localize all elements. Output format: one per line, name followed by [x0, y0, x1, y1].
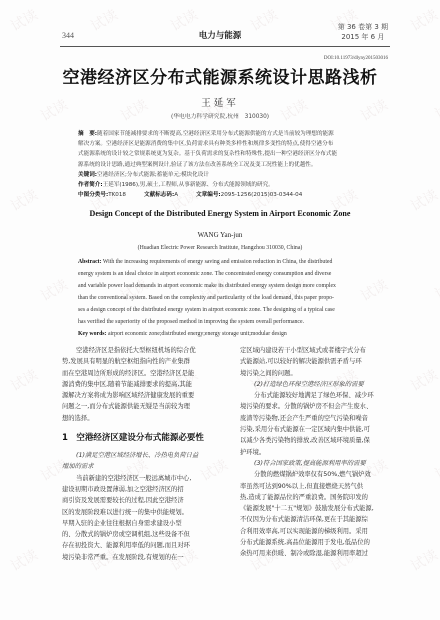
paragraph-line: 《能源发展"十二五"规划》鼓励发展分布式能源,	[240, 503, 390, 514]
paragraph-line: 空港经济区是指依托大型枢纽机场的综合优	[62, 345, 208, 356]
paragraph-line: 分布式能源系统,高品位能源用于发电,低品位的	[240, 537, 390, 548]
paragraph-line: 源解决方案将成为影响区域经济健康发展的重要	[62, 390, 208, 401]
paragraph-line: 率虽然可达到90%以上,但直接燃烧天然气供	[240, 481, 390, 492]
abstract-cn: 摘 要:随着国家节能减排要求的不断提高,空港经济区采用分布式能源供能的方式是当前…	[78, 129, 390, 200]
abstract-cn-line-1: 解决方案。空港经济区是能源消费的集中区,负荷需求具有种类多样性和规律多变性的特点…	[78, 139, 390, 149]
watermark-text: 试读	[431, 459, 440, 501]
abstract-en-line-2: and variable power load demands in airpo…	[78, 280, 390, 292]
body-column-left: 空港经济区是指依托大型枢纽机场的综合优势,发展具有明显的航空枢纽指向性的产业集群…	[62, 345, 208, 563]
paragraph-line: 式能源站,可以较好的解决能源供需矛盾与环	[240, 356, 390, 367]
author-name-cn: 王延军	[0, 95, 440, 109]
affiliation-en: (Huadian Electric Power Research Institu…	[0, 245, 440, 251]
section-heading: 1 空港经济区建设分布式能源必要性	[62, 428, 208, 448]
watermark-text: 试读	[37, 274, 71, 305]
header-divider	[60, 46, 390, 47]
issue-date: 2015 年 6 月	[338, 32, 388, 42]
paragraph-line: 想的选择。	[62, 413, 208, 424]
paragraph-line: 定区域内建设若干小型区域式或者楼宇式分布	[240, 345, 390, 356]
paragraph-line: 的、分散式的锅炉房或空调机组,这些设备不但	[62, 529, 208, 540]
keywords-en-label: Key words:	[78, 331, 107, 337]
paragraph-line: 境污染非常严重。在发展阶段,有规划的在一	[62, 552, 208, 563]
paragraph-line: 存在初投资大、能源利用率低的问题,而且对环	[62, 540, 208, 551]
paragraph-line: 热,造成了能源品位的严重浪费。国务院印发的	[240, 492, 390, 503]
author-bio: 作者简介:王延军(1986),男,硕士,工程师,从事新能源、分布式能源领域的研究…	[78, 180, 390, 190]
abstract-en-line-0: Abstract: With the increasing requiremen…	[78, 256, 390, 268]
author-bio-label: 作者简介:	[78, 182, 103, 188]
abstract-cn-line-2: 式能源系统的设计较之常规系统更为复杂。基于负荷需求的复杂性和特殊性,提出一种空港…	[78, 149, 390, 159]
paragraph-line: 污染,采用分布式能源在一定区域内集中供能,可	[240, 424, 390, 435]
keywords-cn-label: 关键词:	[78, 172, 97, 178]
article-title-en: Design Concept of the Distributed Energy…	[0, 209, 440, 218]
abstract-cn-line-3: 源系统的设计思路,通过典型案例设计,验证了该方法在改善系统全工况及变工况性能上的…	[78, 160, 390, 170]
paragraph-line: 境污染之间的问题。	[240, 368, 390, 379]
watermark-text: 试读	[7, 364, 41, 395]
issue-info: 第 36 卷第 3 期 2015 年 6 月	[338, 22, 388, 42]
paragraph-line: 商引资及发展需要较长的过程,因此空港经济	[62, 495, 208, 506]
abstract-en-label: Abstract:	[78, 259, 102, 265]
abstract-en-line-1: energy system is an ideal choice in airp…	[78, 268, 390, 280]
paragraph-line: 势,发展具有明显的航空枢纽指向性的产业集群	[62, 356, 208, 367]
keywords-en: Key words: airport economic zone;distrib…	[78, 328, 390, 340]
paragraph-line: 早期入驻的企业往往根据自身需求建设小型	[62, 518, 208, 529]
paragraph-line: 当前新建的空港经济区一般远离城市中心,	[62, 473, 208, 484]
watermark-text: 试读	[431, 279, 440, 321]
paragraph-line: 废渣等污染物,还会产生严重的空气污染和噪音	[240, 413, 390, 424]
classification-info: 中图分类号:TK018文献标志码:A文章编号:2095-1256(2015)03…	[78, 190, 390, 200]
paragraph-line: 护环境。	[240, 447, 390, 458]
paragraph-line: 源消费的集中区,随着节能减排要求的提高,其能	[62, 379, 208, 390]
paragraph-line: 而在空港周边所形成的经济区。空港经济区是能	[62, 368, 208, 379]
paragraph-line: 分布式能源较好地满足了绿色环保、减少环	[240, 390, 390, 401]
subsection-heading: (3)符合国家政策,提高能源利用率的需要	[240, 458, 390, 469]
abstract-cn-line-0: 摘 要:随着国家节能减排要求的不断提高,空港经济区采用分布式能源供能的方式是当前…	[78, 129, 390, 139]
subsection-heading: 增加的需求	[62, 461, 208, 472]
paragraph-line: 分散的燃煤锅炉效率仅有50%,燃气锅炉效	[240, 469, 390, 480]
paragraph-line: 问题之一,而分布式能源供能无疑是当前较为理	[62, 401, 208, 412]
doi: DOI:10.11973/dlyny201503016	[324, 56, 388, 61]
paragraph-line: 以减少各类污染物的排放,改善区域环境质量,保	[240, 435, 390, 446]
paragraph-line: 建设初期市政设置薄弱,加之空港经济区的招	[62, 484, 208, 495]
abstract-en-line-3: than the conventional system. Based on t…	[78, 292, 390, 304]
abstract-en: Abstract: With the increasing requiremen…	[78, 256, 390, 340]
author-name-en: WANG Yan-jun	[0, 231, 440, 239]
paragraph-line: 合利用效率高,可以实现能源的梯级利用。采用	[240, 526, 390, 537]
issue-volume: 第 36 卷第 3 期	[338, 22, 388, 32]
abstract-en-line-5: has verified the superiority of the prop…	[78, 316, 390, 328]
document-page: 试读试读试读试读试读试读试读试读试读试读试读试读试读试读试读试读试读试读试读试读…	[0, 0, 440, 620]
watermark-text: 试读	[407, 544, 440, 575]
paragraph-line: 余热可用来供暖、制冷或除湿,能源利用率超过	[240, 548, 390, 559]
subsection-heading: (2)打造绿色环保空港经济区形象的需要	[240, 379, 390, 390]
keywords-cn: 关键词:空港经济区;分布式能源;蓄能单元;模块化设计	[78, 170, 390, 180]
paragraph-line: 区的发展阶段难以进行统一的集中供能规划。	[62, 507, 208, 518]
subsection-heading: (1)满足空港区域经济增长、冷热电负荷日益	[62, 450, 208, 461]
body-column-right: 定区域内建设若干小型区域式或者楼宇式分布式能源站,可以较好的解决能源供需矛盾与环…	[240, 345, 390, 560]
article-title-cn: 空港经济区分布式能源系统设计思路浅析	[0, 63, 440, 88]
affiliation-cn: (华电电力科学研究院,杭州 310030)	[0, 111, 440, 120]
watermark-text: 试读	[7, 544, 41, 575]
paragraph-line: 境污染的要求。分散的锅炉房不但会产生废水、	[240, 401, 390, 412]
watermark-text: 试读	[407, 364, 440, 395]
paragraph-line: 不仅因为分布式能源清洁环保,更在于其能源综	[240, 514, 390, 525]
abstract-cn-label: 摘 要:	[78, 131, 97, 137]
abstract-en-line-4: ses a design concept of the distributed …	[78, 304, 390, 316]
